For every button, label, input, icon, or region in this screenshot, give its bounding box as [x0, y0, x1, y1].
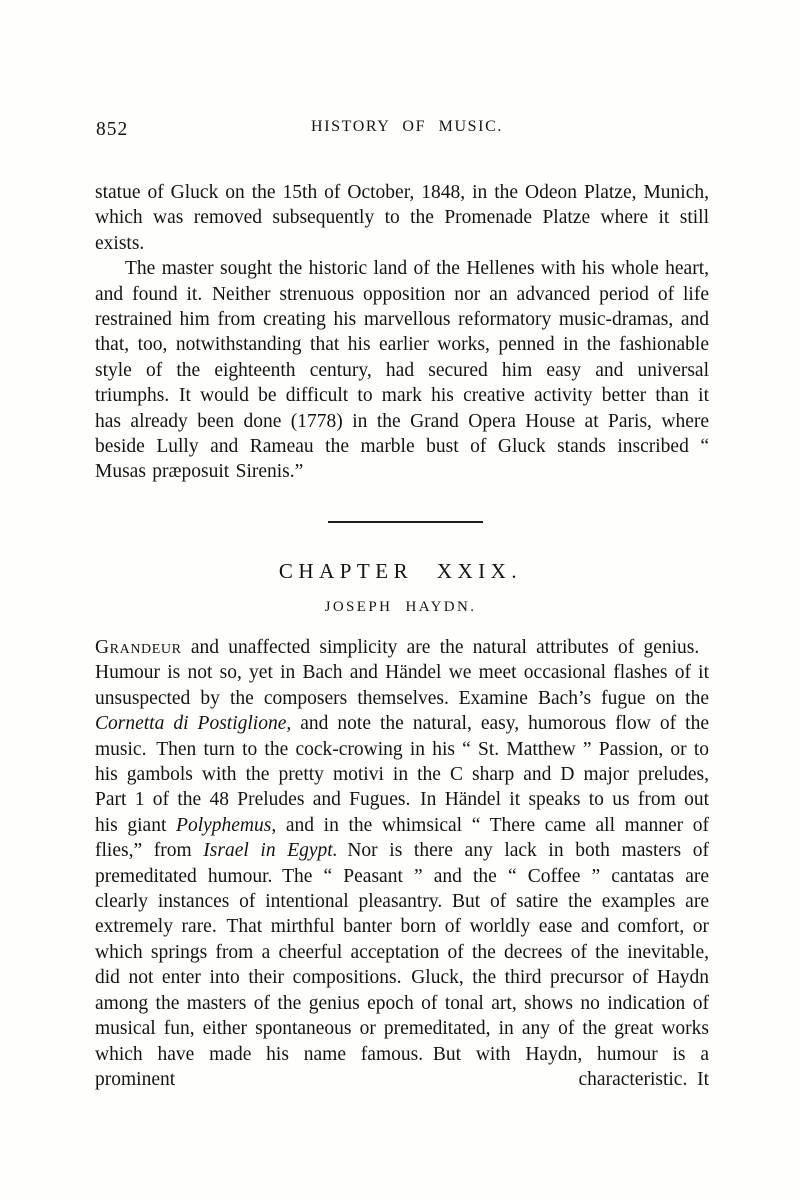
- chapter-subheading: JOSEPH HAYDN.: [0, 599, 801, 616]
- top-section: statue of Gluck on the 15th of October, …: [95, 180, 709, 485]
- chapter-paragraph: Grandeur and unaffected simplicity are t…: [95, 635, 709, 1092]
- chapter-heading: CHAPTER XXIX.: [0, 559, 801, 584]
- paragraph: The master sought the historic land of t…: [95, 256, 709, 485]
- book-page: 852 HISTORY OF MUSIC. statue of Gluck on…: [0, 0, 801, 1201]
- chapter-section: Grandeur and unaffected simplicity are t…: [95, 635, 709, 1092]
- page-number: 852: [96, 119, 128, 141]
- running-title: HISTORY OF MUSIC.: [95, 118, 709, 136]
- section-divider-rule: [328, 521, 483, 523]
- paragraph-continuation: statue of Gluck on the 15th of October, …: [95, 180, 709, 256]
- page-header: 852 HISTORY OF MUSIC.: [95, 118, 709, 140]
